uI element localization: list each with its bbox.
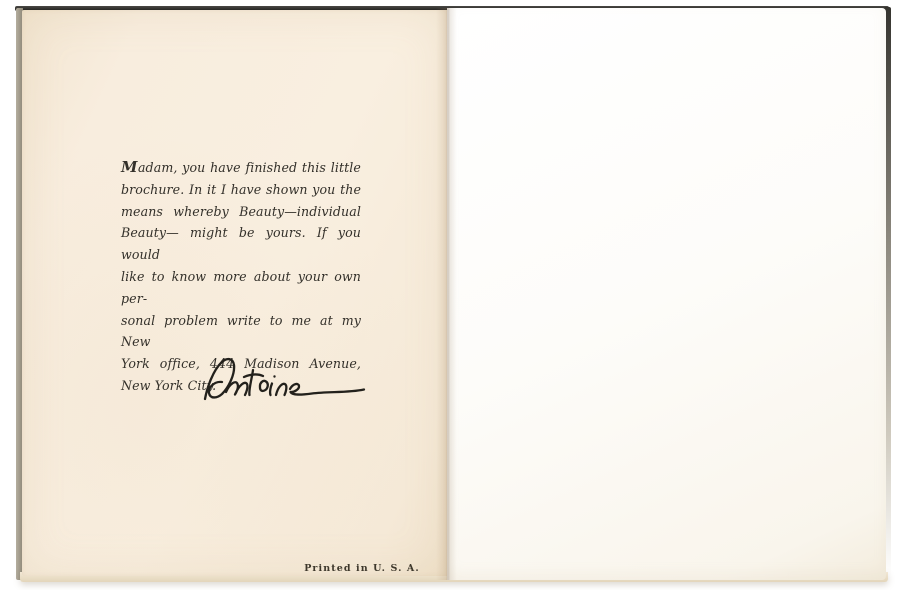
paragraph-line: like to know more about your own per- [121, 266, 361, 310]
right-page-blank [447, 8, 886, 580]
open-book-spread: Madam, you have finished this little bro… [0, 0, 900, 590]
antoine-signature: Antoine [200, 352, 370, 406]
paragraph-line: sonal problem write to me at my New [121, 310, 361, 354]
paragraph-line: Beauty— might be yours. If you would [121, 222, 361, 266]
paragraph-line: brochure. In it I have shown you the [121, 179, 361, 201]
left-page: Madam, you have finished this little bro… [22, 10, 447, 576]
imprint-text: Printed in U. S. A. [262, 563, 462, 574]
paragraph-line: Madam, you have finished this little [121, 157, 361, 179]
paragraph-line: means whereby Beauty—individual [121, 201, 361, 223]
signature-ink-strokes [200, 352, 370, 404]
